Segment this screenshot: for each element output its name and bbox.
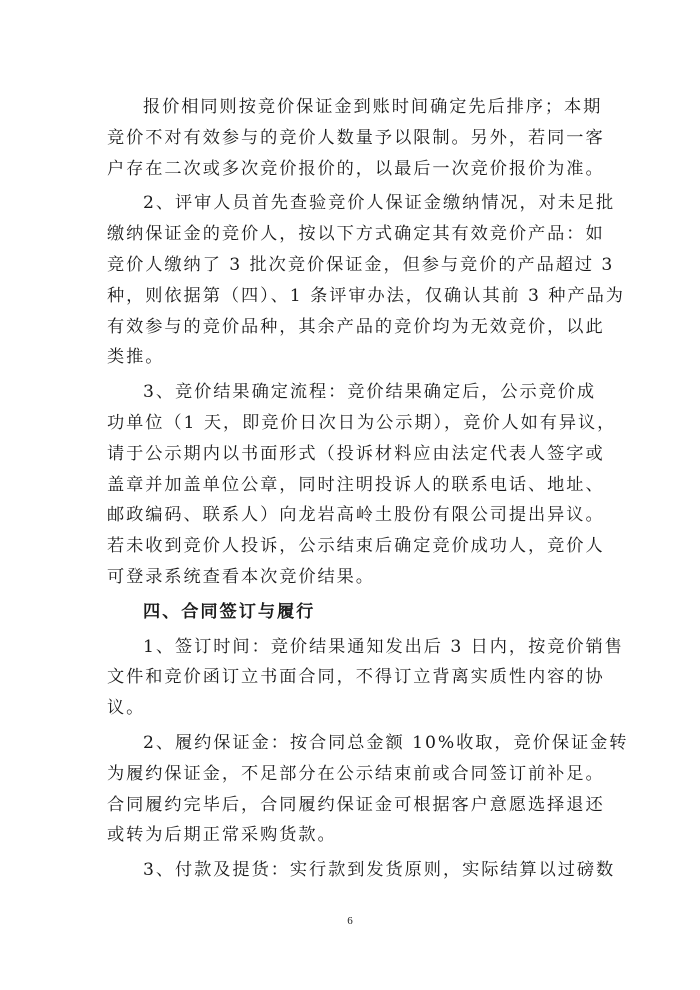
text-line: 户存在二次或多次竞价报价的，以最后一次竞价报价为准。 (107, 154, 593, 185)
paragraph-performance-bond: 2、履约保证金：按合同总金额 10%收取，竞价保证金转 为履约保证金，不足部分在… (107, 728, 593, 851)
text-line: 或转为后期正常采购货款。 (107, 820, 593, 851)
text-line: 功单位（1 天，即竞价日次日为公示期），竞价人如有异议， (107, 408, 593, 439)
text-line: 种，则依据第（四）、1 条评审办法，仅确认其前 3 种产品为 (107, 281, 593, 312)
text-line: 请于公示期内以书面形式（投诉材料应由法定代表人签字或 (107, 439, 593, 470)
paragraph-result-process: 3、竞价结果确定流程：竞价结果确定后，公示竞价成 功单位（1 天，即竞价日次日为… (107, 377, 593, 593)
text-line: 竞价人缴纳了 3 批次竞价保证金，但参与竞价的产品超过 3 (107, 250, 593, 281)
paragraph-signing-time: 1、签订时间：竞价结果通知发出后 3 日内，按竞价销售 文件和竞价函订立书面合同… (107, 632, 593, 724)
paragraph-deposit-review: 2、评审人员首先查验竞价人保证金缴纳情况，对未足批 缴纳保证金的竞价人，按以下方… (107, 188, 593, 373)
text-line: 为履约保证金，不足部分在公示结束前或合同签订前补足。 (107, 759, 593, 790)
text-line: 2、履约保证金：按合同总金额 10%收取，竞价保证金转 (107, 728, 593, 759)
section-heading-contract: 四、合同签订与履行 (107, 597, 593, 628)
text-line: 合同履约完毕后，合同履约保证金可根据客户意愿选择退还 (107, 790, 593, 821)
text-line: 3、付款及提货：实行款到发货原则，实际结算以过磅数 (107, 855, 593, 886)
text-line: 3、竞价结果确定流程：竞价结果确定后，公示竞价成 (107, 377, 593, 408)
section-heading: 四、合同签订与履行 (107, 597, 593, 628)
text-line: 盖章并加盖单位公章，同时注明投诉人的联系电话、地址、 (107, 470, 593, 501)
paragraph-payment-delivery: 3、付款及提货：实行款到发货原则，实际结算以过磅数 (107, 855, 593, 886)
text-line: 邮政编码、联系人）向龙岩高岭土股份有限公司提出异议。 (107, 500, 593, 531)
text-line: 议。 (107, 693, 593, 724)
text-line: 可登录系统查看本次竞价结果。 (107, 562, 593, 593)
text-line: 1、签订时间：竞价结果通知发出后 3 日内，按竞价销售 (107, 632, 593, 663)
text-line: 报价相同则按竞价保证金到账时间确定先后排序；本期 (107, 92, 593, 123)
text-line: 若未收到竞价人投诉，公示结束后确定竞价成功人，竞价人 (107, 531, 593, 562)
text-line: 类推。 (107, 342, 593, 373)
page-number: 6 (0, 915, 700, 927)
paragraph-tie-breaking: 报价相同则按竞价保证金到账时间确定先后排序；本期 竞价不对有效参与的竞价人数量予… (107, 92, 593, 184)
document-page: 报价相同则按竞价保证金到账时间确定先后排序；本期 竞价不对有效参与的竞价人数量予… (0, 0, 700, 990)
text-line: 缴纳保证金的竞价人，按以下方式确定其有效竞价产品：如 (107, 219, 593, 250)
text-line: 竞价不对有效参与的竞价人数量予以限制。另外，若同一客 (107, 123, 593, 154)
document-body: 报价相同则按竞价保证金到账时间确定先后排序；本期 竞价不对有效参与的竞价人数量予… (107, 92, 593, 886)
text-line: 文件和竞价函订立书面合同，不得订立背离实质性内容的协 (107, 662, 593, 693)
text-line: 2、评审人员首先查验竞价人保证金缴纳情况，对未足批 (107, 188, 593, 219)
text-line: 有效参与的竞价品种，其余产品的竞价均为无效竞价，以此 (107, 312, 593, 343)
